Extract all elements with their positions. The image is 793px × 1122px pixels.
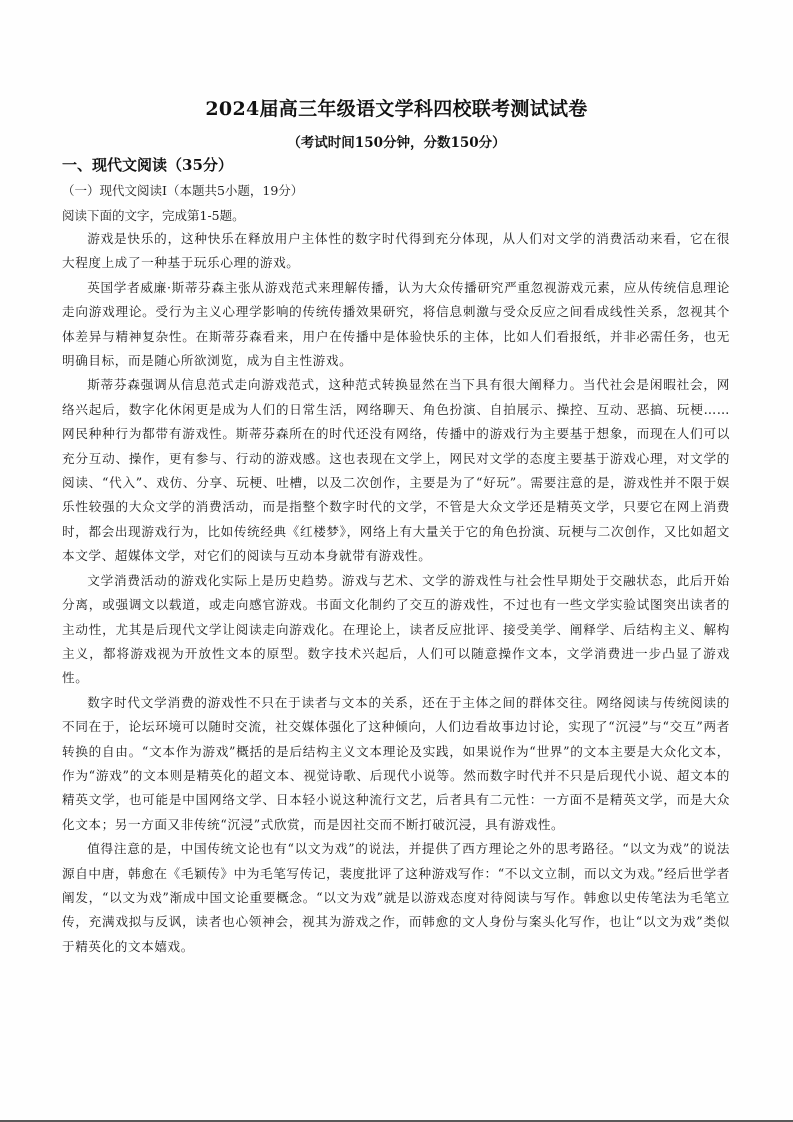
passage-paragraph: 斯蒂芬森强调从信息范式走向游戏范式，这种范式转换显然在当下具有很大阐释力。当代社… — [62, 373, 730, 568]
section-heading: 一、现代文阅读（35分） — [62, 154, 233, 175]
passage-paragraph: 值得注意的是，中国传统文论也有“以文为戏”的说法，并提供了西方理论之外的思考路径… — [62, 837, 730, 959]
reading-instruction: 阅读下面的文字，完成第1-5题。 — [62, 206, 245, 224]
passage-paragraph: 文学消费活动的游戏化实际上是历史趋势。游戏与艺术、文学的游戏性与社会性早期处于交… — [62, 569, 730, 691]
sub-section-heading: （一）现代文阅读Ⅰ（本题共5小题，19分） — [62, 181, 303, 199]
passage-paragraph: 英国学者威廉·斯蒂芬森主张从游戏范式来理解传播，认为大众传播研究严重忽视游戏元素… — [62, 276, 730, 374]
passage-paragraph: 游戏是快乐的，这种快乐在释放用户主体性的数字时代得到充分体现，从人们对文学的消费… — [62, 227, 730, 276]
exam-title: 2024届高三年级语文学科四校联考测试试卷 — [0, 94, 793, 121]
exam-page: 2024届高三年级语文学科四校联考测试试卷 （考试时间150分钟，分数150分）… — [0, 0, 793, 1120]
passage-paragraph: 数字时代文学消费的游戏性不只在于读者与文本的关系，还在于主体之间的群体交往。网络… — [62, 691, 730, 837]
reading-passage: 游戏是快乐的，这种快乐在释放用户主体性的数字时代得到充分体现，从人们对文学的消费… — [62, 227, 730, 959]
exam-subtitle: （考试时间150分钟，分数150分） — [0, 131, 793, 151]
